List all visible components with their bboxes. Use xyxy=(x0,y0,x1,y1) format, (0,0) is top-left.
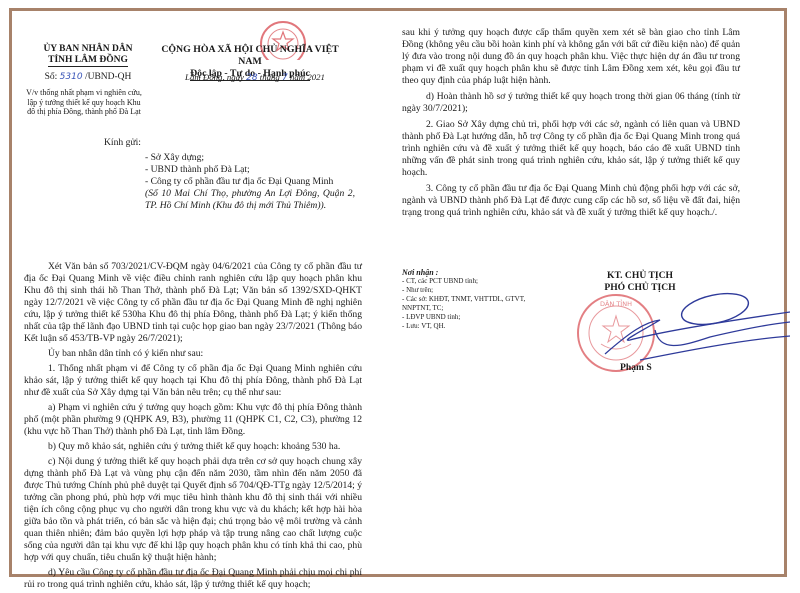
nation-name: CỘNG HÒA XÃ HỘI CHỦ NGHĨA VIỆT NAM xyxy=(150,44,350,68)
month-handwritten: 7 xyxy=(282,73,288,83)
recipient-list: - Sở Xây dựng; - UBND thành phố Đà Lạt; … xyxy=(145,152,355,212)
agency-line-1: ỦY BAN NHÂN DÂN xyxy=(32,44,144,55)
recipient-item: - Sở Xây dựng; xyxy=(145,152,355,164)
distribution-item: - CT, các PCT UBND tỉnh; xyxy=(402,277,552,286)
document-number: Số: 5310 /UBND-QH xyxy=(32,72,144,82)
place-date: Lâm Đồng, ngày 28 tháng 7 năm 2021 xyxy=(160,72,350,83)
signer-name: Phạm S xyxy=(620,362,652,373)
body-paragraph: Xét Văn bản số 703/2021/CV-ĐQM ngày 04/6… xyxy=(24,261,362,345)
body-paragraph: Ủy ban nhân dân tỉnh có ý kiến như sau: xyxy=(24,348,362,360)
document-subject: V/v thống nhất phạm vi nghiên cứu, lập ý… xyxy=(24,88,144,117)
distribution-list: Nơi nhận : - CT, các PCT UBND tỉnh; - Nh… xyxy=(402,268,552,331)
body-paragraph: 1. Thống nhất phạm vi để Công ty cổ phần… xyxy=(24,363,362,399)
doc-number-handwritten: 5310 xyxy=(60,72,83,82)
body-paragraph: d) Hoàn thành hồ sơ ý tưởng thiết kế quy… xyxy=(402,91,740,115)
doc-number-prefix: Số: xyxy=(45,72,58,82)
body-left-page: Xét Văn bản số 703/2021/CV-ĐQM ngày 04/6… xyxy=(24,261,362,593)
distribution-item: - Như trên; xyxy=(402,286,552,295)
agency-line-2: TỈNH LÂM ĐỒNG xyxy=(48,55,128,67)
signature-line-1: KT. CHỦ TỊCH xyxy=(580,270,700,282)
year-label: năm 2021 xyxy=(290,72,325,82)
distribution-item: - Các sở: KHĐT, TNMT, VHTTDL, GTVT, NNPT… xyxy=(402,295,552,313)
place-prefix: Lâm Đồng, ngày xyxy=(185,72,244,82)
recipient-item: - Công ty cổ phần đầu tư địa ốc Đại Quan… xyxy=(145,176,355,188)
distribution-item: - LĐVP UBND tỉnh; xyxy=(402,313,552,322)
body-paragraph: d) Yêu cầu Công ty cổ phần đầu tư địa ốc… xyxy=(24,567,362,591)
body-paragraph: 2. Giao Sở Xây dựng chủ trì, phối hợp vớ… xyxy=(402,119,740,179)
signature-title: KT. CHỦ TỊCH PHÓ CHỦ TỊCH xyxy=(580,270,700,294)
body-paragraph: 3. Công ty cổ phần đầu tư địa ốc Đại Qua… xyxy=(402,183,740,219)
body-right-page: sau khi ý tưởng quy hoạch được cấp thẩm … xyxy=(402,27,740,223)
issuing-agency: ỦY BAN NHÂN DÂN TỈNH LÂM ĐỒNG xyxy=(32,44,144,67)
greeting: Kính gửi: xyxy=(104,137,141,148)
body-paragraph: c) Nội dung ý tưởng thiết kế quy hoạch p… xyxy=(24,456,362,564)
distribution-item: - Lưu: VT, QH. xyxy=(402,322,552,331)
body-paragraph: a) Phạm vi nghiên cứu ý tưởng quy hoạch … xyxy=(24,402,362,438)
signature-line-2: PHÓ CHỦ TỊCH xyxy=(580,282,700,294)
body-paragraph: b) Quy mô khảo sát, nghiên cứu ý tưởng t… xyxy=(24,441,362,453)
recipient-address: (Số 10 Mai Chí Thọ, phường An Lợi Đông, … xyxy=(145,188,355,212)
month-label: tháng xyxy=(260,72,280,82)
recipient-item: - UBND thành phố Đà Lạt; xyxy=(145,164,355,176)
body-paragraph: sau khi ý tưởng quy hoạch được cấp thẩm … xyxy=(402,27,740,87)
distribution-title: Nơi nhận : xyxy=(402,268,552,277)
day-handwritten: 28 xyxy=(246,73,257,83)
doc-number-suffix: /UBND-QH xyxy=(85,72,131,82)
